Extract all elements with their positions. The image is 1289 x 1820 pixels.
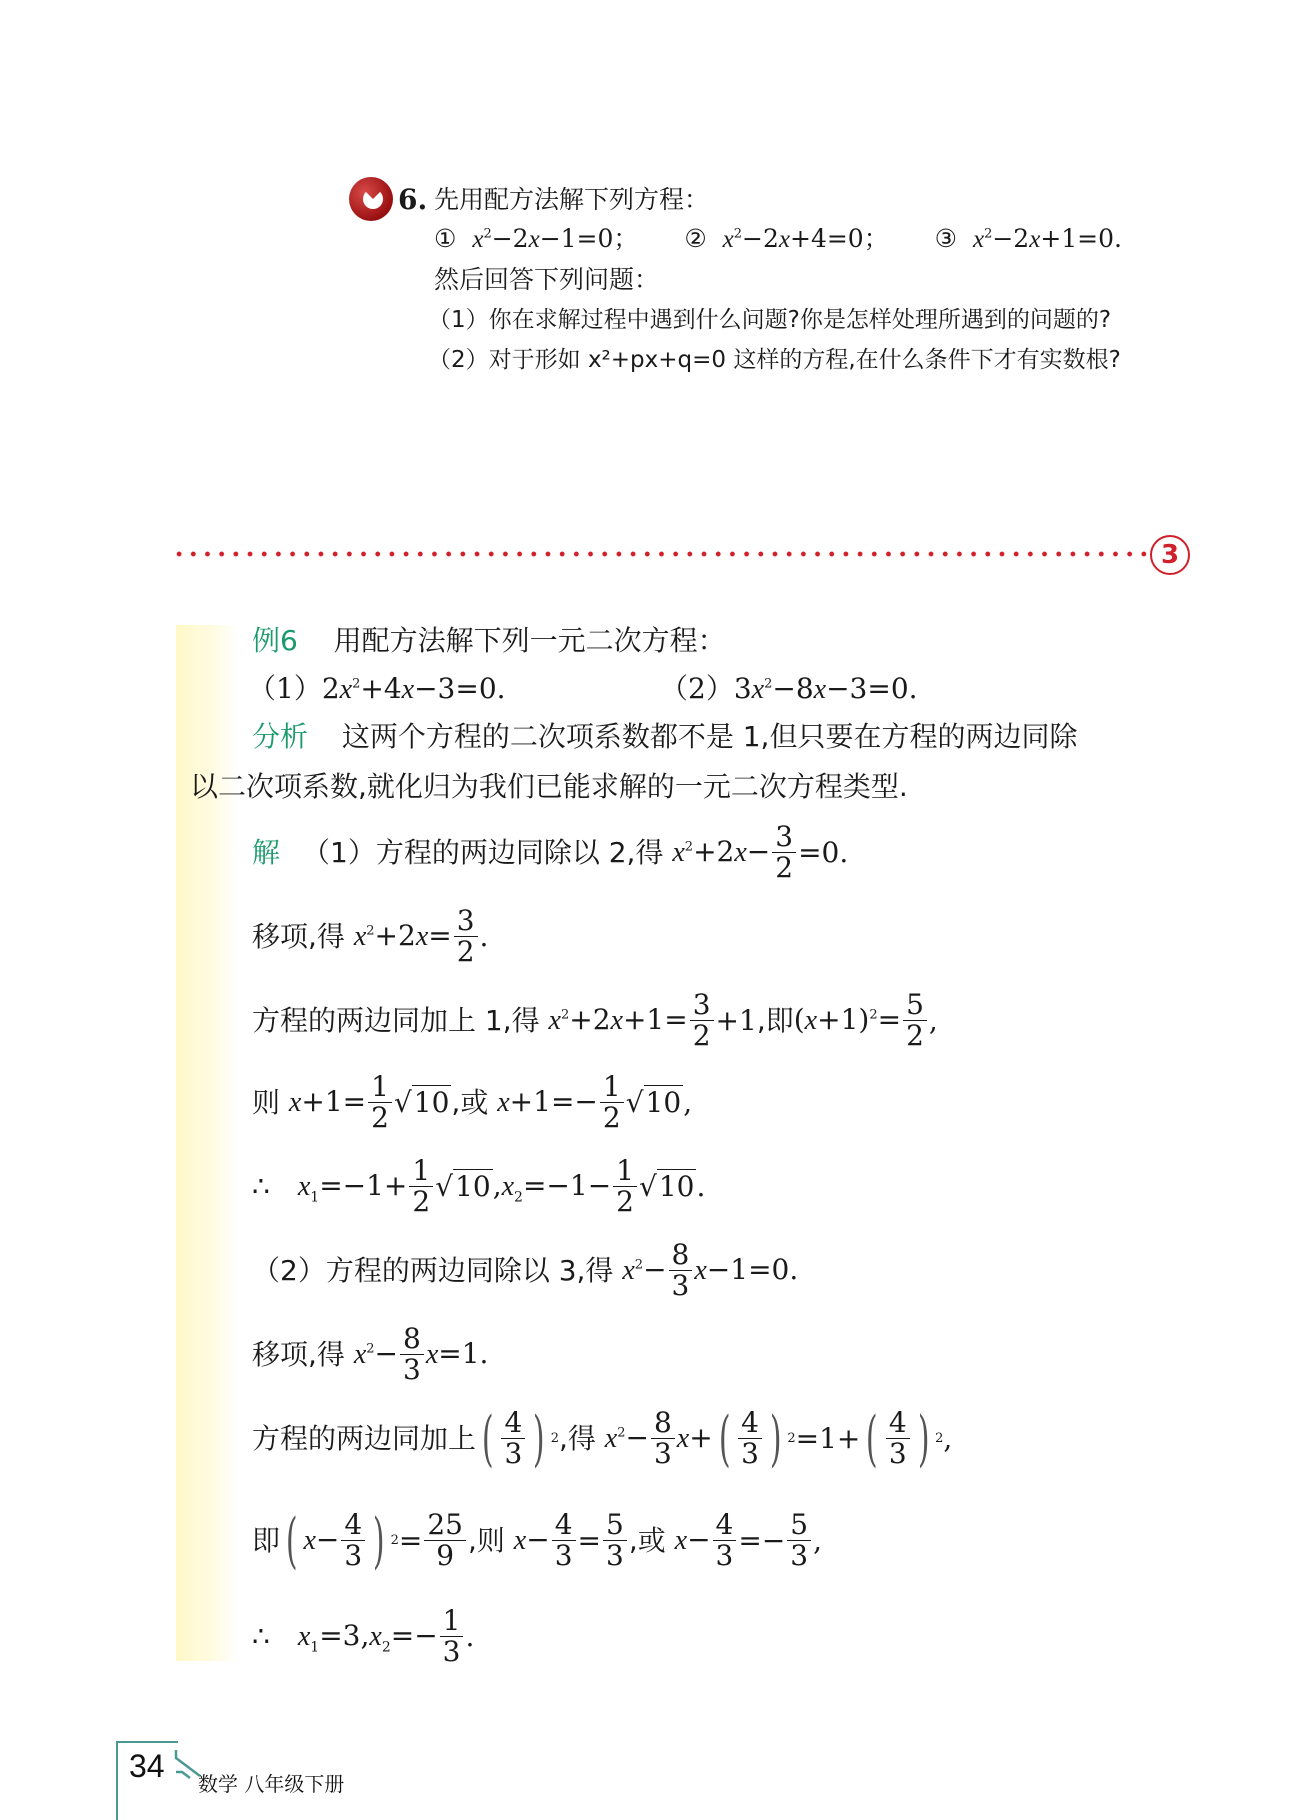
fraction: 83 (651, 1408, 675, 1469)
fraction: 12 (368, 1072, 392, 1133)
solution-text: 移项,得 (252, 1338, 345, 1372)
equation-2: x2−2x+4=0； (715, 224, 889, 253)
square-root: √10 (639, 1170, 696, 1204)
dotted-divider (172, 551, 1147, 557)
fraction: 83 (669, 1240, 693, 1301)
exercise-question-2: （2）对于形如 x²+px+q=0 这样的方程,在什么条件下才有实数根? (428, 345, 1121, 375)
example-title: 用配方法解下列一元二次方程： (334, 624, 726, 657)
equation-1: x2−2x−1=0； (464, 224, 638, 253)
fraction: 12 (600, 1072, 624, 1133)
solution-line-8: 方程的两边同加上 (43)2 ,得 x2− 83 x+ (43)2 =1+ (4… (252, 1408, 952, 1469)
solution-line-9: 即 (x−43)2 = 259 ,则 x− 43 = 53 ,或 x− 43 =… (252, 1510, 822, 1571)
solution-text: 即 (252, 1524, 280, 1558)
equation-3: x2−2x+1=0. (965, 224, 1122, 253)
solution-text: 则 (252, 1086, 280, 1120)
solution-line-6: （2）方程的两边同除以 3,得 x2− 83 x−1=0. (252, 1240, 798, 1301)
exercise-followup: 然后回答下列问题： (434, 265, 659, 295)
solution-text: ,则 (468, 1524, 505, 1558)
eq-label-2: ② (684, 224, 706, 253)
solution-label: 解 (252, 836, 280, 870)
example-heading: 例6 用配方法解下列一元二次方程： (252, 624, 726, 658)
solution-line-10: ∴ x1=3,x2=− 13 . (252, 1606, 474, 1667)
solution-line-3: 方程的两边同加上 1,得 x2+2x+1= 32 +1 ,即 (x+1)2= 5… (252, 990, 938, 1051)
therefore-symbol: ∴ (252, 1170, 270, 1204)
solution-line-4: 则 x+1= 12 √10 ,或 x+1=− 12 √10 , (252, 1072, 692, 1133)
fraction: 53 (787, 1510, 811, 1571)
fraction: 259 (424, 1510, 466, 1571)
solution-text: ,得 (559, 1422, 596, 1456)
example-part-1: （1）2x2+4x−3=0. (248, 672, 506, 707)
fraction: 43 (341, 1510, 365, 1571)
square-root: √10 (626, 1086, 683, 1120)
exercise-title: 先用配方法解下列方程： (434, 185, 709, 215)
exercise-question-1: （1）你在求解过程中遇到什么问题?你是怎样处理所遇到的问题的? (428, 305, 1111, 335)
fraction: 12 (409, 1156, 433, 1217)
solution-text: ,或 (451, 1086, 488, 1120)
eq-label-3: ③ (935, 224, 957, 253)
solution-text: （2）方程的两边同除以 3,得 (252, 1254, 613, 1288)
example-label: 例6 (252, 624, 298, 657)
fraction: 43 (552, 1510, 576, 1571)
solution-text: ,或 (629, 1524, 666, 1558)
solution-text: 移项,得 (252, 920, 345, 954)
solution-line-2: 移项,得 x2+2x= 32 . (252, 906, 488, 967)
solution-text: ,即 (757, 1004, 794, 1038)
book-title: 数学 八年级下册 (198, 1768, 344, 1797)
analysis-line-1: 分析 这两个方程的二次项系数都不是 1,但只要在方程的两边同除 (252, 720, 1077, 754)
fraction: 32 (772, 822, 796, 883)
solution-line-7: 移项,得 x2− 83 x=1. (252, 1324, 488, 1385)
analysis-line-2: 以二次项系数,就化归为我们已能求解的一元二次方程类型. (190, 770, 908, 804)
fraction: 12 (613, 1156, 637, 1217)
fraction: 32 (454, 906, 478, 967)
fraction: 52 (903, 990, 927, 1051)
therefore-symbol: ∴ (252, 1620, 270, 1654)
fraction: 43 (501, 1408, 525, 1469)
exercise-equations: ① x2−2x−1=0； ② x2−2x+4=0； ③ x2−2x+1=0. (434, 224, 1122, 255)
page-number: 34 (129, 1748, 165, 1785)
solution-text: 方程的两边同加上 1,得 (252, 1004, 540, 1038)
square-root: √10 (394, 1086, 451, 1120)
square-root: √10 (435, 1170, 492, 1204)
eq-label-1: ① (434, 224, 456, 253)
fraction: 43 (886, 1408, 910, 1469)
fraction: 13 (440, 1606, 464, 1667)
analysis-text-1: 这两个方程的二次项系数都不是 1,但只要在方程的两边同除 (342, 720, 1078, 753)
section-number-badge: 3 (1150, 535, 1190, 575)
example-part-2: （2）3x2−8x−3=0. (660, 672, 918, 707)
exercise-number: 6. (398, 183, 427, 217)
challenge-c-icon (349, 177, 393, 221)
fraction: 43 (738, 1408, 762, 1469)
fraction: 83 (400, 1324, 424, 1385)
fraction: 32 (690, 990, 714, 1051)
fraction: 43 (713, 1510, 737, 1571)
analysis-label: 分析 (252, 720, 308, 753)
fraction: 53 (603, 1510, 627, 1571)
solution-line-5: ∴ x1=−1+ 12 √10 ,x2=−1− 12 √10 . (252, 1156, 705, 1217)
solution-line-1: 解 （1）方程的两边同除以 2,得 x2+2x− 32 =0. (252, 822, 848, 883)
solution-text: 方程的两边同加上 (252, 1422, 476, 1456)
solution-text: （1）方程的两边同除以 2,得 (302, 836, 663, 870)
